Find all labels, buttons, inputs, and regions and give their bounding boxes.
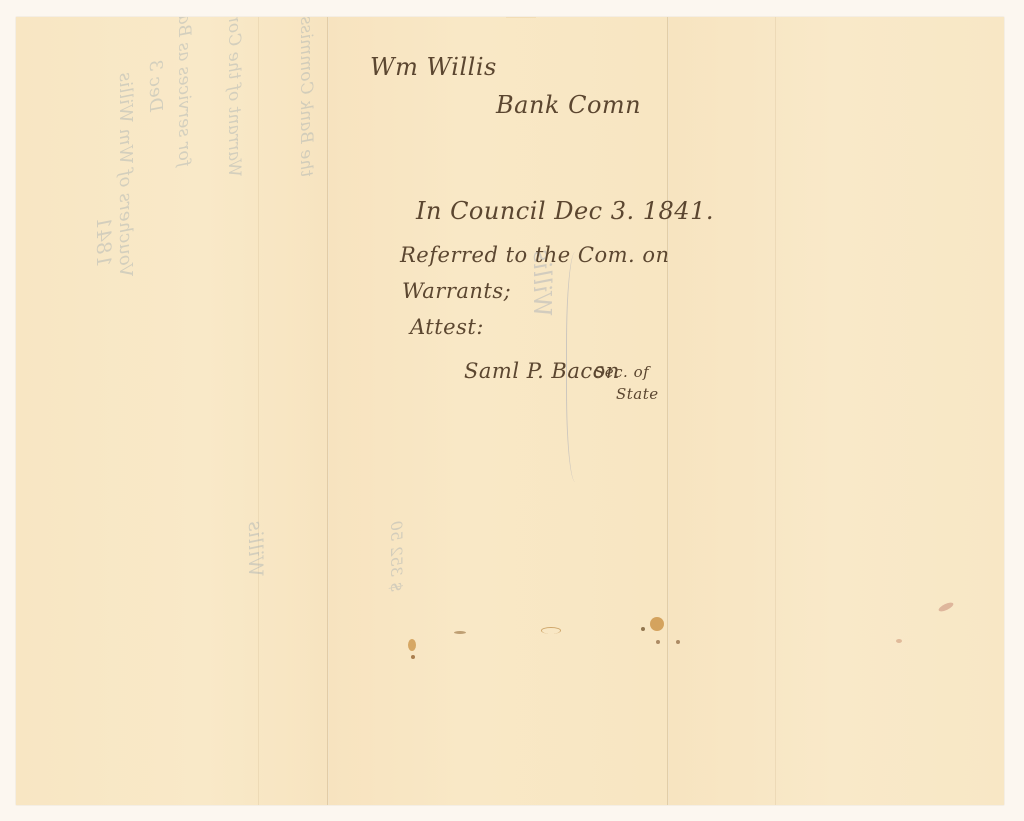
middle-panel [328, 17, 668, 805]
fold-line [327, 17, 329, 805]
stain [454, 631, 466, 634]
fold-line [775, 17, 776, 805]
stain [541, 627, 561, 634]
signature-title-state: State [616, 385, 659, 403]
endorsement-date-line: In Council Dec 3. 1841. [416, 197, 714, 225]
stain [408, 639, 416, 651]
left-panel [16, 17, 328, 805]
scan-background: 1841 Dec 3 Vouchers of Wm Willis for ser… [0, 0, 1024, 821]
fold-line [667, 17, 669, 805]
bleed-text: Willis [244, 521, 268, 577]
bleed-text: the Bank Commissioners [296, 17, 316, 177]
attest-label: Attest: [410, 315, 484, 339]
stain [411, 655, 415, 659]
stain [896, 639, 902, 643]
stain [641, 627, 645, 631]
bleed-text: $ 352 50 [387, 521, 406, 592]
endorsement-referral-line: Referred to the Com. on [400, 243, 670, 267]
bleed-text: for services as Bank Com. [174, 17, 194, 167]
bleed-text: Dec 3 [145, 60, 166, 112]
document-page: 1841 Dec 3 Vouchers of Wm Willis for ser… [16, 17, 1004, 805]
stain [650, 617, 664, 631]
paper-tear [506, 17, 536, 18]
endorsement-committee-line: Warrants; [402, 279, 511, 303]
signature-title: Sec. of [594, 363, 649, 381]
bleed-text: Warrant of the Com. on [224, 17, 244, 177]
docket-name: Wm Willis [370, 53, 497, 81]
bleed-text: 1841 [92, 216, 116, 267]
stain [676, 640, 680, 644]
stain [656, 640, 660, 644]
bleed-text: Vouchers of Wm Willis [115, 72, 136, 277]
docket-subject: Bank Comn [496, 91, 641, 119]
fold-line [258, 17, 259, 805]
right-panel [668, 17, 1004, 805]
